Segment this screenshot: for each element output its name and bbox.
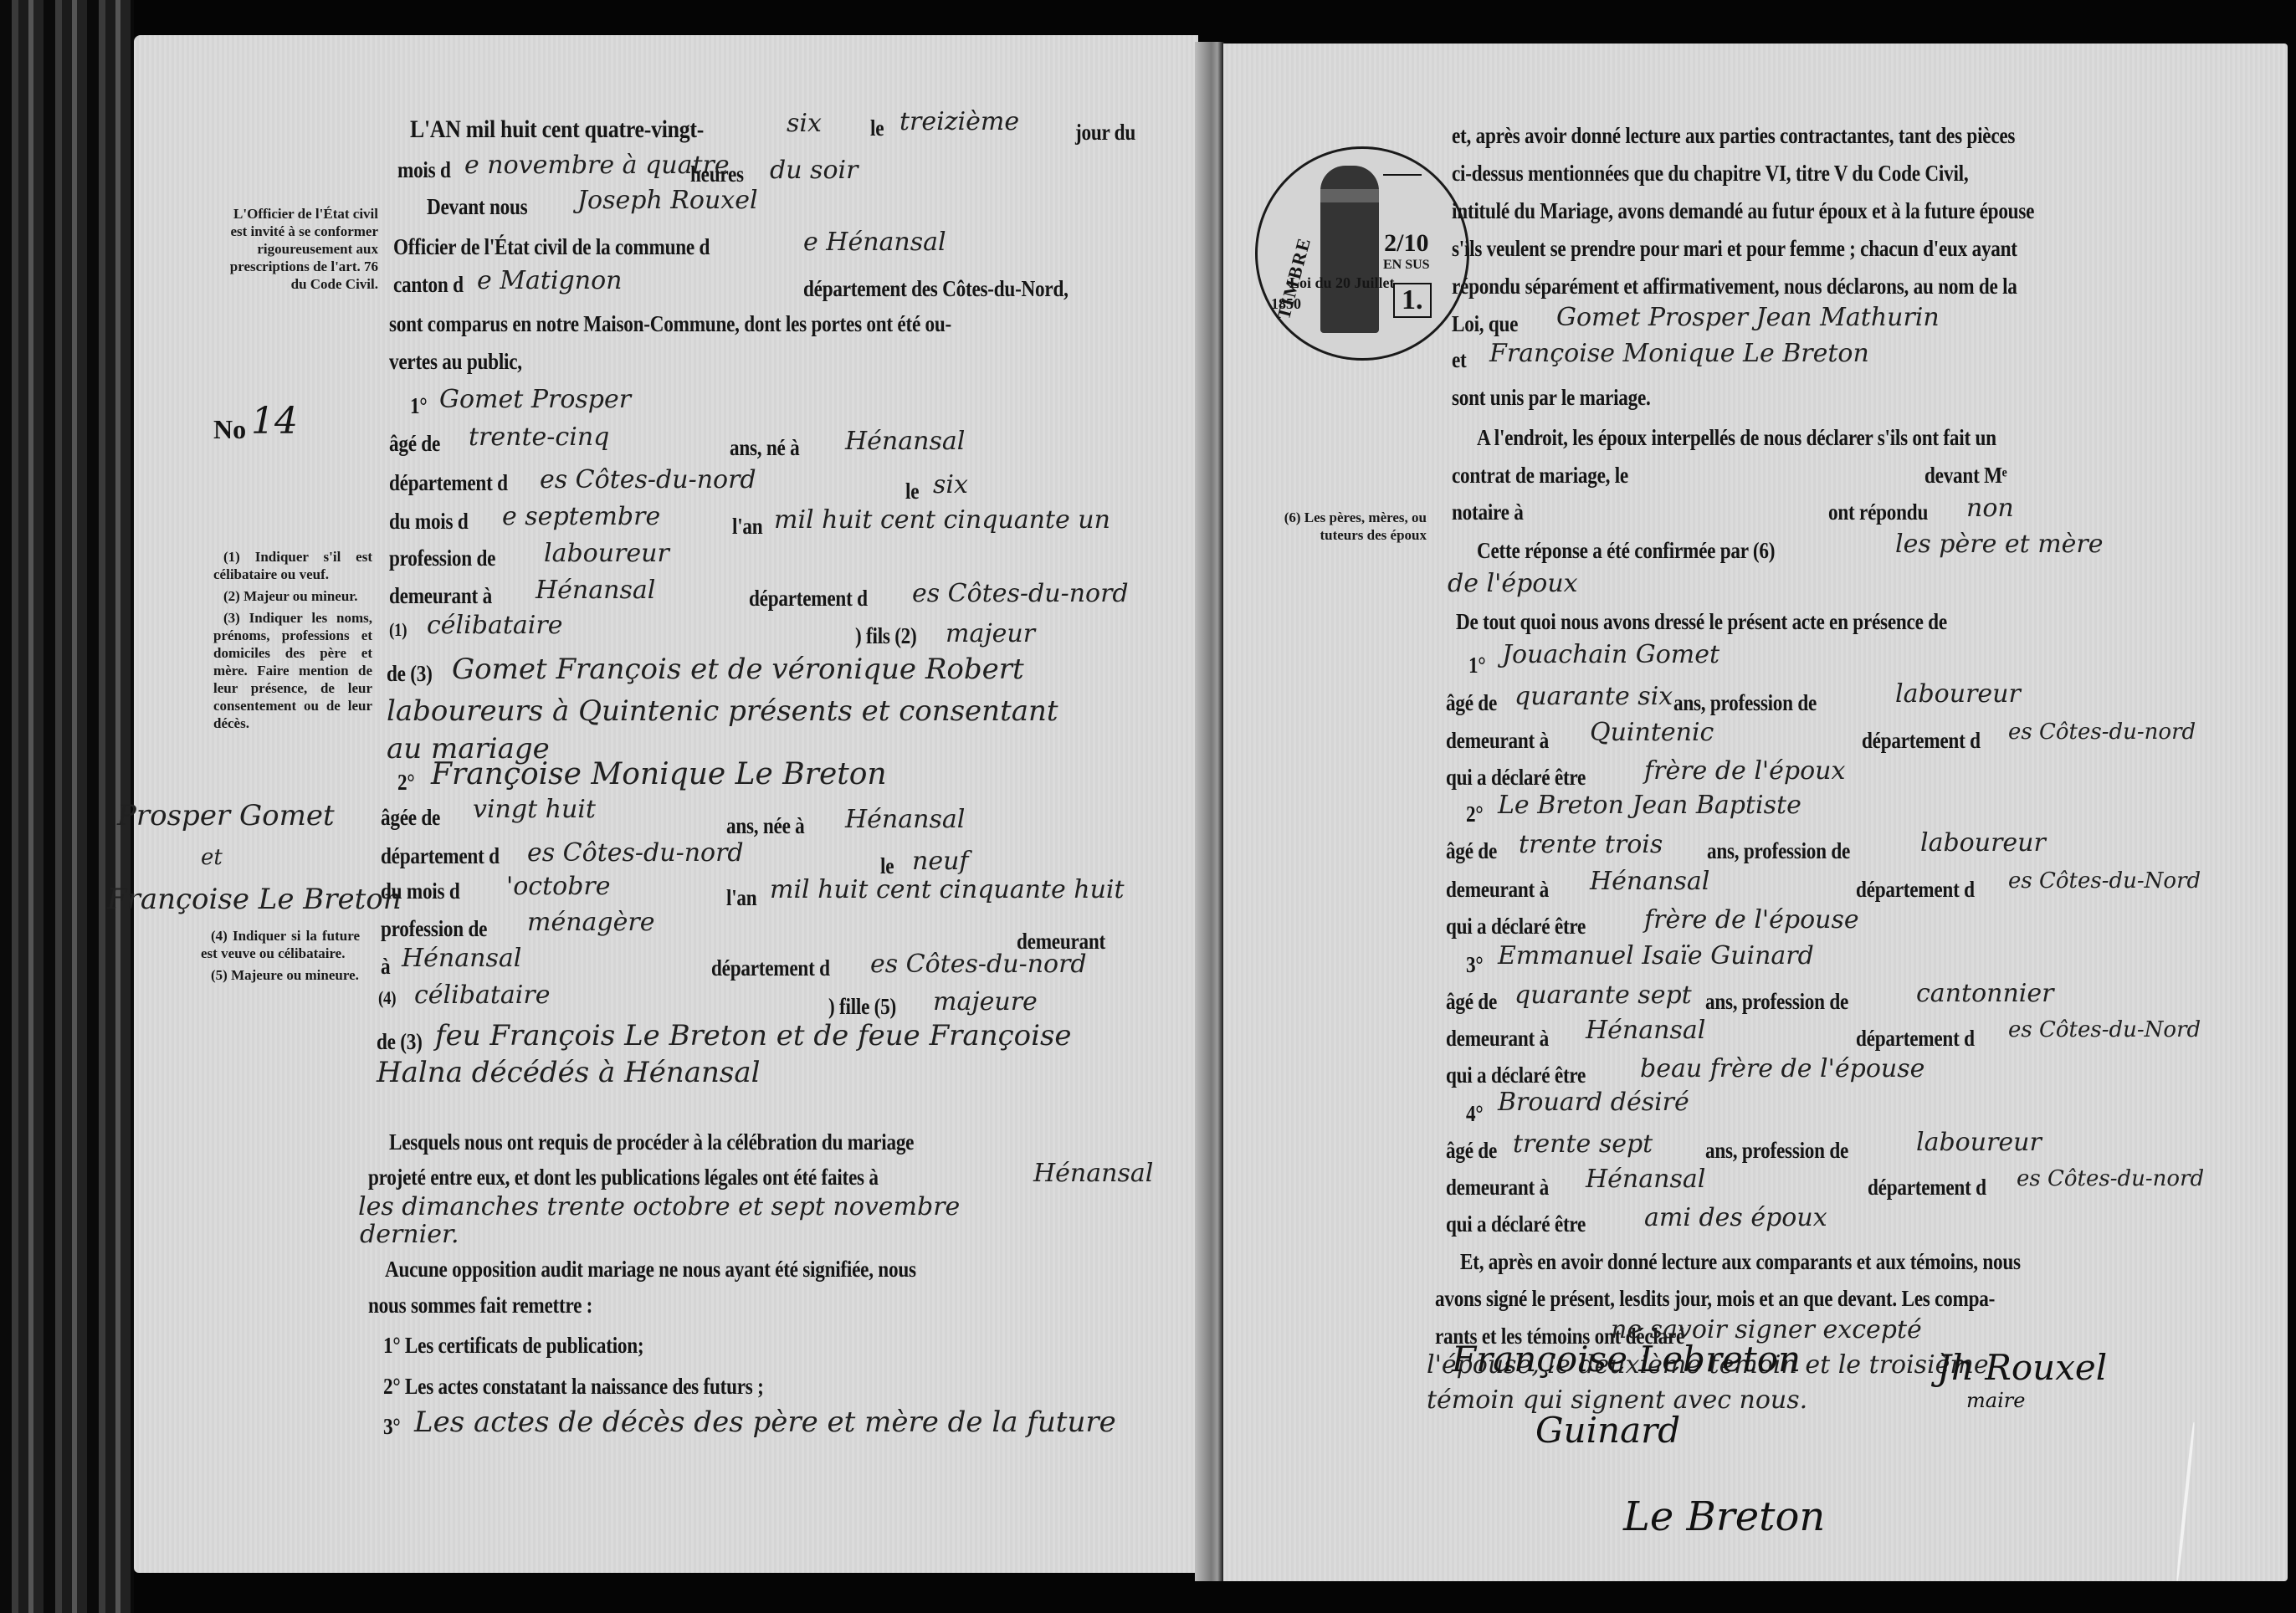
printed-text: département d xyxy=(1868,1175,1986,1201)
printed-text: et, après avoir donné lecture aux partie… xyxy=(1452,123,2015,149)
document-item-3: Les actes de décès des père et mère de l… xyxy=(414,1406,1116,1439)
confirmed-by: les père et mère xyxy=(1895,530,2104,559)
signature-mayor: Jh Rouxel xyxy=(1937,1347,2107,1388)
witness-index: 2° xyxy=(1466,801,1483,827)
book-edge xyxy=(0,0,134,1613)
witness-index: 1° xyxy=(1468,653,1485,678)
printed-text: (4) xyxy=(378,987,396,1009)
printed-text: nous sommes fait remettre : xyxy=(368,1293,592,1319)
document-item-1: 1° Les certificats de publication; xyxy=(383,1333,643,1359)
printed-text: l'an xyxy=(726,885,756,911)
footnotes-4-5: (4) Indiquer si la future est veuve ou c… xyxy=(201,927,360,988)
marginal-name-groom: Prosper Gomet xyxy=(117,799,335,832)
witness-profession: laboureur xyxy=(1895,679,2021,709)
printed-text: contrat de mariage, le xyxy=(1452,463,1628,489)
printed-text: ans, né à xyxy=(730,435,799,461)
printed-text: Officier de l'État civil de la commune d xyxy=(393,234,710,260)
groom-index: 1° xyxy=(410,393,427,419)
bride-parents: feu François Le Breton et de feue Franço… xyxy=(435,1019,1072,1052)
witness-profession: cantonnier xyxy=(1916,979,2053,1008)
witness-name: Brouard désiré xyxy=(1498,1088,1689,1117)
footnote-1: (1) Indiquer s'il est célibataire ou veu… xyxy=(213,548,372,583)
witness-dept: es Côtes-du-nord xyxy=(2017,1166,2204,1191)
footnote-2: (2) Majeur ou mineur. xyxy=(213,587,372,605)
printed-text: devant Mᵉ xyxy=(1924,463,2006,489)
bride-res-dept: es Côtes-du-nord xyxy=(870,950,1087,979)
printed-text: jour du xyxy=(1075,120,1135,146)
footnote-5: (5) Majeure ou mineure. xyxy=(201,966,360,984)
printed-text: L'AN mil huit cent quatre-vingt- xyxy=(410,115,704,144)
witness-age: quarante six xyxy=(1514,682,1673,711)
witness-residence: Quintenic xyxy=(1590,718,1714,747)
printed-text: A l'endroit, les époux interpellés de no… xyxy=(1477,425,1996,451)
groom-birth-day: six xyxy=(933,470,968,499)
printed-text: qui a déclaré être xyxy=(1446,1063,1586,1088)
printed-text: et xyxy=(1452,347,1467,373)
footnote-4: (4) Indiquer si la future est veuve ou c… xyxy=(201,927,360,962)
witness-relation: ami des époux xyxy=(1644,1203,1827,1232)
printed-text: profession de xyxy=(381,916,487,942)
scales-icon xyxy=(1383,174,1422,226)
signature-witness-lebreton: Le Breton xyxy=(1623,1493,1825,1540)
stamp-value: 2/10EN SUS xyxy=(1383,233,1430,276)
printed-text: demeurant à xyxy=(1446,1175,1549,1201)
groom-age: trente-cinq xyxy=(469,422,609,452)
officer-margin-note: L'Officier de l'État civil est invité à … xyxy=(219,205,378,293)
witnesses-intro: De tout quoi nous avons dressé le présen… xyxy=(1456,609,1947,635)
witness-residence: Hénansal xyxy=(1586,1016,1705,1045)
groom-birth-dept: es Côtes-du-nord xyxy=(540,465,756,494)
footnotes-1-3: (1) Indiquer s'il est célibataire ou veu… xyxy=(213,548,372,736)
footnote-3: (3) Indiquer les noms, prénoms, professi… xyxy=(213,609,372,732)
printed-text: qui a déclaré être xyxy=(1446,1211,1586,1237)
hw-time-of-day: du soir xyxy=(770,156,858,185)
bride-majority: majeure xyxy=(933,987,1038,1016)
printed-text: âgé de xyxy=(1446,690,1497,716)
witness-age: trente trois xyxy=(1519,830,1663,859)
hw-commune: e Hénansal xyxy=(803,228,946,257)
witness-relation: beau frère de l'épouse xyxy=(1640,1054,1924,1083)
publication-place: Hénansal xyxy=(1033,1159,1153,1188)
printed-text: qui a déclaré être xyxy=(1446,914,1586,940)
printed-text: vertes au public, xyxy=(389,349,522,375)
printed-text: de (3) xyxy=(377,1029,423,1055)
act-number-label: No xyxy=(213,414,246,445)
printed-text: département des Côtes-du-Nord, xyxy=(803,276,1069,302)
printed-text: demeurant à xyxy=(389,583,492,609)
groom-res-dept: es Côtes-du-nord xyxy=(912,579,1129,608)
printed-text: département d xyxy=(711,955,830,981)
witness-relation: frère de l'époux xyxy=(1644,756,1845,786)
printed-text: répondu séparément et affirmativement, n… xyxy=(1452,274,2017,300)
witness-profession: laboureur xyxy=(1916,1128,2042,1157)
printed-text: Cette réponse a été confirmée par (6) xyxy=(1477,538,1775,564)
witness-residence: Hénansal xyxy=(1586,1165,1705,1194)
groom-parents: Gomet François et de véronique Robert xyxy=(452,653,1024,686)
printed-text: département d xyxy=(381,843,500,869)
printed-text: ans, profession de xyxy=(1705,1138,1848,1164)
printed-text: ans, née à xyxy=(726,813,805,839)
printed-text: avons signé le présent, lesdits jour, mo… xyxy=(1435,1286,1995,1312)
witness-dept: es Côtes-du-nord xyxy=(2008,719,2196,745)
printed-text: demeurant à xyxy=(1446,877,1549,903)
bride-age: vingt huit xyxy=(473,795,596,824)
witness-residence: Hénansal xyxy=(1590,867,1709,896)
signature-mayor-title: maire xyxy=(1966,1389,2025,1412)
groom-status: célibataire xyxy=(427,611,562,640)
groom-birthplace: Hénansal xyxy=(845,427,965,456)
printed-text: de (3) xyxy=(387,661,433,687)
printed-text: à xyxy=(381,954,390,980)
printed-text: âgé de xyxy=(1446,989,1497,1015)
printed-text: Lesquels nous ont requis de procéder à l… xyxy=(389,1129,914,1155)
groom-residence: Hénansal xyxy=(536,576,655,605)
stamp-year: 1850 xyxy=(1271,295,1301,313)
printed-text: ans, profession de xyxy=(1705,989,1848,1015)
bride-birth-month: 'octobre xyxy=(506,872,611,901)
printed-text: département d xyxy=(1856,877,1975,903)
printed-text: projeté entre eux, et dont les publicati… xyxy=(368,1165,879,1191)
justice-figure-icon xyxy=(1320,166,1379,333)
witness-dept: es Côtes-du-Nord xyxy=(2008,868,2201,894)
printed-text: sont unis par le mariage. xyxy=(1452,385,1651,411)
marginal-name-and: et xyxy=(201,845,223,870)
marginal-name-bride: Françoise Le Breton xyxy=(107,883,402,916)
bride-profession: ménagère xyxy=(527,908,654,937)
printed-text: sont comparus en notre Maison-Commune, d… xyxy=(389,311,951,337)
printed-text: âgé de xyxy=(1446,838,1497,864)
contract-answer: non xyxy=(1966,494,2014,523)
printed-text: ans, profession de xyxy=(1673,690,1817,716)
groom-profession: laboureur xyxy=(544,539,669,568)
printed-text: le xyxy=(905,479,919,504)
bride-residence: Hénansal xyxy=(402,944,521,973)
witness-name: Jouachain Gomet xyxy=(1502,640,1719,669)
printed-text: (1) xyxy=(389,619,407,641)
confirmed-by-cont: de l'époux xyxy=(1448,569,1578,598)
printed-text: âgée de xyxy=(381,805,440,831)
groom-birth-month: e septembre xyxy=(502,502,660,531)
printed-text: Devant nous xyxy=(427,194,527,220)
signature-witness-guinard: Guinard xyxy=(1535,1410,1680,1451)
groom-majority: majeur xyxy=(946,619,1035,648)
bride-parents-deceased: Halna décédés à Hénansal xyxy=(377,1056,760,1089)
witness-profession: laboureur xyxy=(1920,828,2046,858)
union-bride-name: Françoise Monique Le Breton xyxy=(1489,339,1869,368)
printed-text: demeurant à xyxy=(1446,728,1549,754)
hw-officer-name: Joseph Rouxel xyxy=(577,186,758,215)
bride-index: 2° xyxy=(397,770,414,796)
hw-year: six xyxy=(787,109,822,138)
witness-index: 3° xyxy=(1466,952,1483,978)
printed-text: intitulé du Mariage, avons demandé au fu… xyxy=(1452,198,2034,224)
printed-text: département d xyxy=(1862,728,1981,754)
printed-text: ) fils (2) xyxy=(855,623,917,649)
document-item-2: 2° Les actes constatant la naissance des… xyxy=(383,1374,764,1400)
stamp-unit: 1. xyxy=(1393,283,1432,318)
printed-text: âgé de xyxy=(389,431,440,457)
printed-text: profession de xyxy=(389,545,495,571)
publication-dates: les dimanches trente octobre et sept nov… xyxy=(358,1192,960,1221)
printed-text: mois d xyxy=(397,157,451,183)
witness-name: Emmanuel Isaïe Guinard xyxy=(1498,941,1814,970)
document-item-3-index: 3° xyxy=(383,1414,400,1440)
groom-birth-year: mil huit cent cinquante un xyxy=(774,505,1110,535)
witness-relation: frère de l'épouse xyxy=(1644,905,1859,935)
witness-dept: es Côtes-du-Nord xyxy=(2008,1017,2201,1042)
printed-text: l'an xyxy=(732,514,762,540)
bride-birth-day: neuf xyxy=(912,847,969,876)
printed-text: ans, profession de xyxy=(1707,838,1850,864)
publication-dates-end: dernier. xyxy=(360,1220,459,1249)
printed-text: âgé de xyxy=(1446,1138,1497,1164)
printed-text: Loi, que xyxy=(1452,311,1518,337)
groom-parents-residence: laboureurs à Quintenic présents et conse… xyxy=(387,694,1058,728)
printed-text: canton d xyxy=(393,272,464,298)
stamp-law: Loi du 20 Juillet xyxy=(1289,274,1395,292)
witness-age: trente sept xyxy=(1513,1129,1653,1159)
printed-text: s'ils veulent se prendre pour mari et po… xyxy=(1452,236,2017,262)
witness-name: Le Breton Jean Baptiste xyxy=(1498,791,1801,820)
printed-text: Et, après en avoir donné lecture aux com… xyxy=(1460,1249,2021,1275)
printed-text: le xyxy=(870,115,884,141)
printed-text: ont répondu xyxy=(1828,499,1928,525)
printed-text: ) fille (5) xyxy=(828,994,896,1020)
bride-status: célibataire xyxy=(414,981,550,1010)
act-number: 14 xyxy=(251,400,298,443)
printed-text: notaire à xyxy=(1452,499,1524,525)
printed-text: Aucune opposition audit mariage ne nous … xyxy=(385,1257,916,1283)
groom-name: Gomet Prosper xyxy=(439,385,631,414)
union-groom-name: Gomet Prosper Jean Mathurin xyxy=(1556,303,1940,332)
printed-text: département d xyxy=(1856,1026,1975,1052)
bride-name: Françoise Monique Le Breton xyxy=(431,757,887,791)
printed-text: du mois d xyxy=(389,509,468,535)
revenue-stamp: TIMBRE 2/10EN SUS Loi du 20 Juillet 1850… xyxy=(1255,146,1469,361)
bride-birth-dept: es Côtes-du-nord xyxy=(527,838,744,868)
witness-age: quarante sept xyxy=(1514,981,1692,1010)
printed-text: département d xyxy=(749,586,868,612)
bride-birthplace: Hénansal xyxy=(845,805,965,834)
printed-text: demeurant à xyxy=(1446,1026,1549,1052)
printed-text: département d xyxy=(389,470,508,496)
printed-text: heures xyxy=(690,161,744,187)
printed-text: ci-dessus mentionnées que du chapitre VI… xyxy=(1452,161,1968,187)
printed-text: du mois d xyxy=(381,878,459,904)
book-gutter xyxy=(1195,42,1225,1581)
witness-index: 4° xyxy=(1466,1101,1483,1127)
hw-day: treizième xyxy=(899,107,1019,136)
printed-text: qui a déclaré être xyxy=(1446,765,1586,791)
footnote-6: (6) Les pères, mères, ou tuteurs des épo… xyxy=(1268,509,1427,544)
hw-canton: e Matignon xyxy=(477,266,622,295)
signature-bride-text: Françoise Lebreton xyxy=(1452,1339,1801,1380)
bride-birth-year: mil huit cent cinquante huit xyxy=(770,875,1125,904)
